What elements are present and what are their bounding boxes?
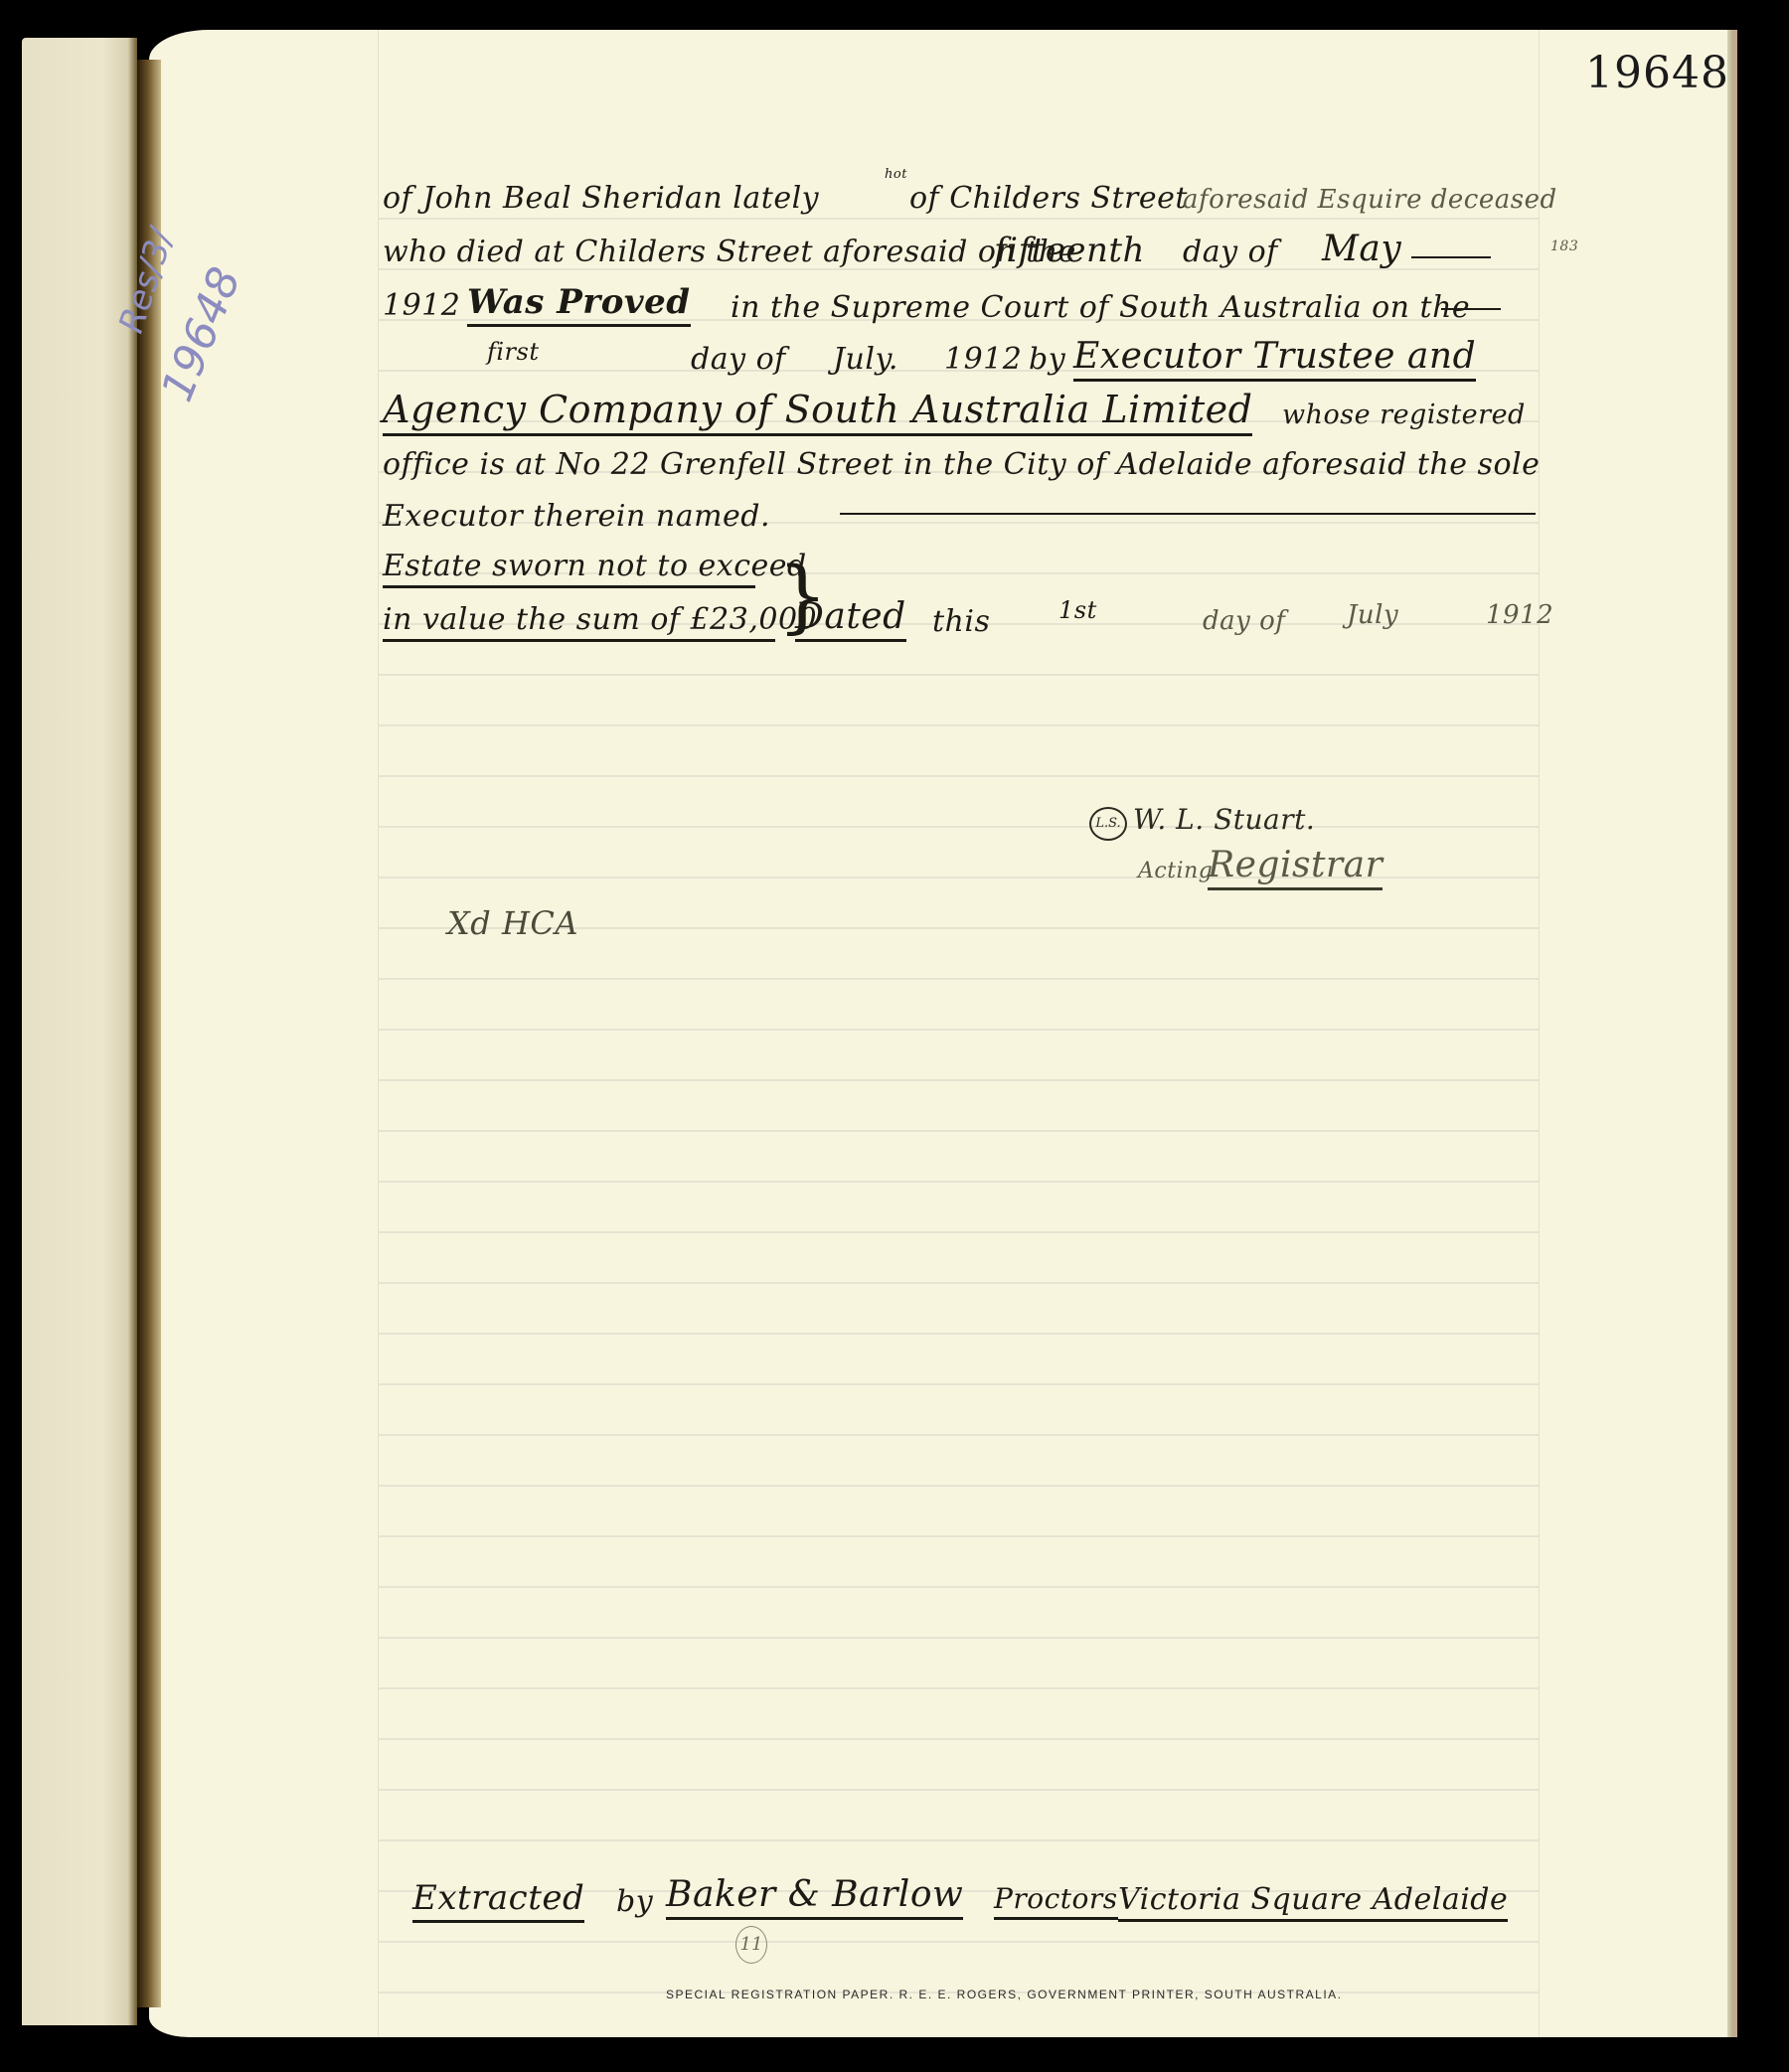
- dated-label: Dated: [795, 596, 906, 642]
- extracted-label: Extracted: [412, 1878, 584, 1923]
- margin-figure: 183: [1550, 239, 1578, 254]
- folio-number: 11: [735, 1926, 767, 1964]
- right-margin-line: [1539, 30, 1540, 2037]
- entry-line-2: who died at Childers Street aforesaid on…: [383, 235, 1076, 269]
- book-gutter: [137, 60, 161, 2007]
- examined-note: Xd HCA: [447, 904, 578, 942]
- probate-by: by: [1029, 342, 1065, 377]
- entry-line-3: in the Supreme Court of South Australia …: [731, 290, 1470, 325]
- probate-day: first: [487, 338, 540, 366]
- fill-rule: [1441, 308, 1501, 310]
- entry-line-1-name: of John Beal Sheridan lately: [383, 181, 819, 216]
- dated-this: this: [932, 604, 990, 639]
- entry-line-5: whose registered: [1282, 399, 1526, 430]
- entry-line-7: Executor therein named.: [383, 499, 770, 534]
- entry-line-1-street: of Childers Street: [909, 181, 1188, 216]
- proctor-firm: Baker & Barlow: [666, 1874, 963, 1920]
- death-month: May: [1322, 229, 1401, 269]
- executor-name-2: Agency Company of South Australia Limite…: [383, 388, 1252, 436]
- fill-rule: [840, 513, 1536, 515]
- entry-line-6: office is at No 22 Grenfell Street in th…: [383, 447, 1540, 482]
- death-day: fifteenth: [994, 231, 1145, 270]
- page-stack-edge: [1727, 30, 1737, 2037]
- probate-year: 1912: [944, 342, 1022, 377]
- ruled-lines: [378, 169, 1539, 1997]
- dated-day: 1st: [1058, 596, 1097, 624]
- extracted-by: by: [616, 1884, 653, 1919]
- executor-name-1: Executor Trustee and: [1073, 336, 1476, 382]
- death-day-of: day of: [1183, 235, 1278, 269]
- entry-line-1-status: aforesaid Esquire deceased: [1183, 185, 1557, 215]
- death-year: 1912: [383, 288, 460, 323]
- printer-imprint: SPECIAL REGISTRATION PAPER. R. E. E. ROG…: [666, 1988, 1343, 2001]
- dated-day-of: day of: [1203, 606, 1285, 636]
- probate-month: July.: [833, 342, 898, 377]
- proctor-role: Proctors: [994, 1882, 1118, 1920]
- registrar-title: Registrar: [1208, 845, 1382, 890]
- fill-rule: [1411, 256, 1491, 258]
- estate-line-1: Estate sworn not to exceed: [383, 549, 755, 588]
- register-number: 19648: [1585, 48, 1729, 98]
- dated-month: July: [1347, 600, 1398, 630]
- proctor-address: Victoria Square Adelaide: [1118, 1882, 1508, 1922]
- registrar-title-prefix: Acting: [1138, 859, 1213, 883]
- probate-day-of: day of: [691, 342, 786, 377]
- was-proved-heading: Was Proved: [467, 282, 691, 327]
- left-page-edge: [22, 38, 137, 2025]
- dated-year: 1912: [1486, 600, 1553, 630]
- entry-line-1-insert: hot: [885, 167, 907, 182]
- registrar-signature: W. L. Stuart.: [1133, 803, 1315, 836]
- seal-mark: L.S.: [1089, 807, 1127, 841]
- estate-line-2: in value the sum of £23,000: [383, 602, 775, 642]
